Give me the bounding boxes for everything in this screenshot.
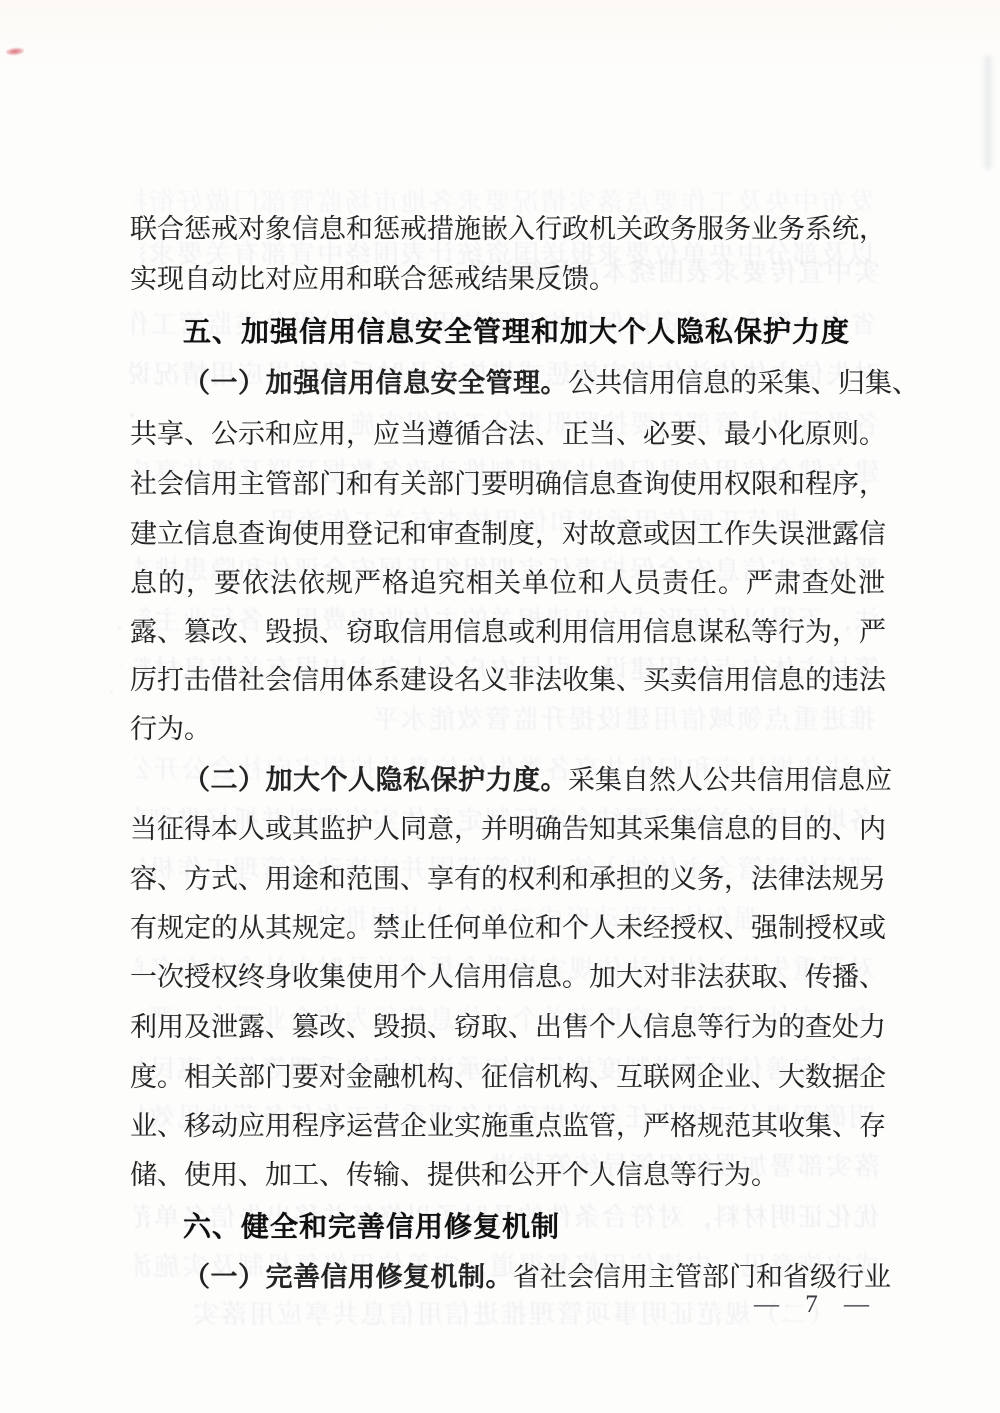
- char: ，: [832, 615, 859, 651]
- section-heading: 六、健全和完善信用修复机制: [183, 1210, 560, 1246]
- char: 关: [400, 467, 427, 503]
- char: 次: [157, 960, 184, 996]
- char: 、: [265, 1010, 292, 1046]
- char: 对: [562, 517, 589, 553]
- text-line: 利用及泄露、篡改、毁损、窃取、出售个人信息等行为的查处力: [130, 1010, 885, 1046]
- char: 权: [724, 467, 751, 503]
- char: 程: [805, 467, 832, 503]
- char: 和: [319, 862, 346, 898]
- char: 权: [697, 911, 724, 947]
- char: 窃: [346, 615, 373, 651]
- char: 一: [130, 960, 157, 996]
- char: 制: [458, 1260, 486, 1296]
- char: 。: [541, 763, 569, 799]
- char: 享: [427, 862, 454, 898]
- char: 篡: [292, 1010, 319, 1046]
- char: 点: [535, 1109, 562, 1145]
- char: 用: [265, 1109, 292, 1145]
- char: 的: [481, 862, 508, 898]
- char: 理: [513, 366, 541, 402]
- char: 或: [643, 517, 670, 553]
- char: 信: [676, 366, 703, 402]
- char: 社: [130, 467, 157, 503]
- char: 应: [238, 1109, 265, 1145]
- char: 定: [319, 911, 346, 947]
- char: 担: [616, 862, 643, 898]
- char: 合: [481, 417, 508, 453]
- char: 人: [373, 812, 400, 848]
- char: 当: [130, 812, 157, 848]
- char: 用: [427, 615, 454, 651]
- char: 律: [778, 862, 805, 898]
- char: 定: [184, 911, 211, 947]
- char: 门: [454, 467, 481, 503]
- char: 监: [319, 812, 346, 848]
- char: 政: [643, 212, 670, 248]
- char: 查: [454, 517, 481, 553]
- char: 对: [643, 960, 670, 996]
- char: 信: [757, 763, 784, 799]
- char: 信: [376, 366, 404, 402]
- char: 击: [184, 663, 211, 699]
- char: 法: [805, 862, 832, 898]
- char: 息: [670, 1010, 697, 1046]
- char: 要: [670, 417, 697, 453]
- char: 因: [670, 517, 697, 553]
- char: 露: [130, 615, 157, 651]
- char: 征: [157, 812, 184, 848]
- text-line: 度。相关部门要对金融机构、征信机构、互联网企业、大数据企: [130, 1060, 885, 1096]
- char: 信: [454, 615, 481, 651]
- char: 保: [431, 763, 459, 799]
- char: 式: [211, 862, 238, 898]
- char: 限: [751, 467, 778, 503]
- char: 集: [589, 663, 616, 699]
- char: 用: [319, 517, 346, 553]
- char: 处: [832, 1010, 859, 1046]
- char: 息: [589, 467, 616, 503]
- char: ，: [859, 467, 886, 503]
- char: 当: [400, 417, 427, 453]
- char: 制: [778, 911, 805, 947]
- char: ，: [454, 812, 481, 848]
- char: 息: [403, 366, 431, 402]
- char: 取: [751, 960, 778, 996]
- char: 关: [211, 1060, 238, 1096]
- char: 遵: [427, 417, 454, 453]
- char: 承: [589, 862, 616, 898]
- char: 集: [595, 763, 622, 799]
- char: 单: [522, 566, 549, 602]
- char: 止: [400, 911, 427, 947]
- char: 使: [346, 960, 373, 996]
- char: 必: [643, 417, 670, 453]
- char: 息: [838, 763, 865, 799]
- char: 息: [319, 212, 346, 248]
- char: ，: [186, 566, 213, 602]
- char: 非: [508, 663, 535, 699]
- text-line: 厉打击借社会信用体系建设名义非法收集、买卖信用信息的违法: [130, 663, 885, 699]
- char: 明: [508, 812, 535, 848]
- char: 用: [373, 960, 400, 996]
- char: 经: [643, 911, 670, 947]
- char: 借: [211, 663, 238, 699]
- char: 确: [535, 467, 562, 503]
- char: 、: [238, 862, 265, 898]
- char: 出: [535, 1010, 562, 1046]
- char: 采: [643, 812, 670, 848]
- char: 和: [400, 517, 427, 553]
- char: 其: [292, 812, 319, 848]
- char: 用: [265, 862, 292, 898]
- text-line: 息的，要依法依规严格追究相关单位和人员责任。严肃查处泄: [130, 566, 885, 602]
- char: 权: [832, 911, 859, 947]
- char: 息: [703, 366, 730, 402]
- char: 行: [724, 1010, 751, 1046]
- char: 泄: [211, 1010, 238, 1046]
- char: 融: [373, 1060, 400, 1096]
- char: 惩: [184, 212, 211, 248]
- char: 管: [486, 366, 514, 402]
- char: 及: [184, 1010, 211, 1046]
- document-page: 发布中央及工作要点落实情况要求各地市场监管部门做好衔接以及部分中央单位要求报送国…: [0, 0, 1000, 1413]
- char: 的: [158, 566, 185, 602]
- char: 联: [130, 212, 157, 248]
- char: 其: [616, 812, 643, 848]
- char: 业: [130, 1109, 157, 1145]
- char: 信: [751, 663, 778, 699]
- char: 力: [859, 1010, 886, 1046]
- char: 运: [346, 1109, 373, 1145]
- char: 规: [697, 1109, 724, 1145]
- char: 相: [466, 566, 493, 602]
- char: 加: [589, 960, 616, 996]
- char: 非: [670, 960, 697, 996]
- char: 知: [589, 812, 616, 848]
- char: 用: [211, 467, 238, 503]
- char: 人: [606, 566, 633, 602]
- char: 意: [616, 517, 643, 553]
- char: 围: [373, 862, 400, 898]
- text-line: 一次授权终身收集使用个人信用信息。加大对非法获取、传播、: [130, 960, 885, 996]
- char: 和: [778, 467, 805, 503]
- char: 收: [292, 960, 319, 996]
- char: 嵌: [481, 212, 508, 248]
- char: 损: [400, 1010, 427, 1046]
- char: 用: [621, 1260, 648, 1296]
- char: 使: [670, 467, 697, 503]
- char: 加: [266, 366, 294, 402]
- char: 公: [703, 763, 730, 799]
- char: 业: [724, 1060, 751, 1096]
- char: 信: [622, 366, 649, 402]
- char: 售: [562, 1010, 589, 1046]
- char: 机: [400, 1060, 427, 1096]
- char: 工: [697, 517, 724, 553]
- char: 大: [616, 960, 643, 996]
- char: 化: [778, 417, 805, 453]
- char: 的: [211, 911, 238, 947]
- char: 用: [319, 417, 346, 453]
- scan-speck: [130, 413, 134, 417]
- char: （: [183, 1260, 211, 1296]
- char: 要: [292, 1060, 319, 1096]
- char: 隐: [376, 763, 404, 799]
- char: 利: [130, 1010, 157, 1046]
- char: 机: [589, 212, 616, 248]
- char: 、: [697, 417, 724, 453]
- char: 收: [778, 1109, 805, 1145]
- char: 网: [670, 1060, 697, 1096]
- char: 一: [211, 366, 239, 402]
- char: 、: [346, 1010, 373, 1046]
- char: 并: [481, 812, 508, 848]
- char: 数: [805, 1060, 832, 1096]
- char: 互: [616, 1060, 643, 1096]
- char: 管: [265, 467, 292, 503]
- char: 采: [568, 763, 595, 799]
- char: 或: [265, 812, 292, 848]
- char: 违: [832, 663, 859, 699]
- char: 部: [427, 467, 454, 503]
- char: 人: [427, 960, 454, 996]
- char: 护: [346, 812, 373, 848]
- char: 信: [589, 615, 616, 651]
- char: 严: [643, 1109, 670, 1145]
- char: 信: [643, 1010, 670, 1046]
- char: 责: [662, 566, 689, 602]
- text-line: 业、移动应用程序运营企业实施重点监管，严格规范其收集、存: [130, 1109, 885, 1145]
- scan-speck: [110, 690, 113, 693]
- char: 的: [730, 366, 757, 402]
- char: 窃: [454, 1010, 481, 1046]
- text-line: 联合惩戒对象信息和惩戒措施嵌入行政机关政务服务业务系统，: [130, 212, 885, 248]
- char: 动: [211, 1109, 238, 1145]
- char: 息: [670, 615, 697, 651]
- char: 毁: [265, 615, 292, 651]
- char: 、: [157, 615, 184, 651]
- text-line: 当征得本人或其监护人同意，并明确告知其采集信息的目的、内: [130, 812, 885, 848]
- char: 复: [403, 1260, 431, 1296]
- char: 单: [481, 911, 508, 947]
- char: 信: [508, 960, 535, 996]
- char: 、: [157, 862, 184, 898]
- char: 程: [292, 1109, 319, 1145]
- char: 、: [508, 1010, 535, 1046]
- char: 人: [676, 763, 703, 799]
- char: 用: [481, 960, 508, 996]
- char: 象: [265, 212, 292, 248]
- char: 善: [293, 1260, 321, 1296]
- char: 然: [649, 763, 676, 799]
- char: 处: [830, 566, 857, 602]
- char: 何: [454, 911, 481, 947]
- char: 完: [266, 1260, 294, 1296]
- char: 利: [535, 615, 562, 651]
- char: 究: [438, 566, 465, 602]
- char: 对: [238, 212, 265, 248]
- char: 共: [130, 417, 157, 453]
- char: 对: [319, 1060, 346, 1096]
- char: 失: [751, 517, 778, 553]
- text-line: （一）加强信用信息安全管理。公共信用信息的采集、归集、: [183, 366, 885, 402]
- char: 度: [513, 763, 541, 799]
- char: 修: [376, 1260, 404, 1296]
- char: 故: [589, 517, 616, 553]
- char: 集: [805, 1109, 832, 1145]
- char: 。: [486, 1260, 514, 1296]
- char: 和: [562, 862, 589, 898]
- char: 机: [431, 1260, 459, 1296]
- char: 信: [184, 467, 211, 503]
- char: 肃: [774, 566, 801, 602]
- char: 法: [535, 663, 562, 699]
- page-number: — 7 —: [754, 1291, 874, 1319]
- char: 息: [535, 960, 562, 996]
- char: 传: [805, 960, 832, 996]
- char: 和: [265, 417, 292, 453]
- char: 循: [454, 417, 481, 453]
- char: 用: [724, 663, 751, 699]
- char: 会: [157, 467, 184, 503]
- char: 露: [832, 517, 859, 553]
- char: 容: [130, 862, 157, 898]
- char: 严: [354, 566, 381, 602]
- char: 信: [292, 212, 319, 248]
- char: 另: [859, 862, 886, 898]
- char: 信: [643, 615, 670, 651]
- char: 。: [541, 366, 569, 402]
- char: 用: [697, 467, 724, 503]
- char: ）: [238, 1260, 266, 1296]
- char: 门: [319, 467, 346, 503]
- char: 共: [595, 366, 622, 402]
- char: 关: [616, 212, 643, 248]
- char: 、: [724, 911, 751, 947]
- char: 要: [214, 566, 241, 602]
- char: 、: [427, 1010, 454, 1046]
- char: 信: [292, 663, 319, 699]
- char: 买: [643, 663, 670, 699]
- char: 公: [568, 366, 595, 402]
- char: 授: [805, 911, 832, 947]
- char: 建: [400, 663, 427, 699]
- text-line: 露、篡改、毁损、窃取信用信息或利用信用信息谋私等行为，严: [130, 615, 885, 651]
- char: 权: [211, 960, 238, 996]
- char: 禁: [373, 911, 400, 947]
- text-line: 社会信用主管部门和有关部门要明确信息查询使用权限和程序，: [130, 467, 885, 503]
- char: 用: [649, 366, 676, 402]
- char: 的: [805, 663, 832, 699]
- char: 格: [382, 566, 409, 602]
- char: 义: [481, 663, 508, 699]
- char: 个: [589, 1010, 616, 1046]
- char: 登: [346, 517, 373, 553]
- char: 规: [832, 862, 859, 898]
- char: 制: [481, 517, 508, 553]
- char: 。: [718, 566, 745, 602]
- scan-speck: [295, 333, 298, 336]
- char: 企: [400, 1109, 427, 1145]
- char: 主: [648, 1260, 675, 1296]
- text-line: （二）加大个人隐私保护力度。采集自然人公共信用信息应: [183, 763, 885, 799]
- char: 企: [859, 1060, 886, 1096]
- char: 合: [157, 212, 184, 248]
- char: 、: [157, 1109, 184, 1145]
- char: 。: [859, 417, 886, 453]
- char: 息: [211, 517, 238, 553]
- char: 信: [508, 1060, 535, 1096]
- char: 公: [211, 417, 238, 453]
- char: 和: [578, 566, 605, 602]
- char: 信: [697, 812, 724, 848]
- char: 息: [724, 812, 751, 848]
- line-text: 行为。: [130, 714, 211, 744]
- char: 行: [535, 212, 562, 248]
- char: 义: [670, 862, 697, 898]
- char: 、: [832, 812, 859, 848]
- char: 误: [778, 517, 805, 553]
- char: 全: [458, 366, 486, 402]
- char: 。: [346, 911, 373, 947]
- char: 管: [589, 1109, 616, 1145]
- char: 询: [643, 467, 670, 503]
- char: 人: [348, 763, 376, 799]
- char: 用: [348, 366, 376, 402]
- char: 、: [184, 417, 211, 453]
- char: 法: [270, 566, 297, 602]
- char: 改: [319, 1010, 346, 1046]
- char: 业: [427, 1109, 454, 1145]
- char: 授: [184, 960, 211, 996]
- char: 社: [238, 663, 265, 699]
- char: 、: [616, 417, 643, 453]
- char: 内: [859, 812, 886, 848]
- char: ）: [238, 366, 266, 402]
- char: 等: [697, 1010, 724, 1046]
- char: 强: [751, 911, 778, 947]
- char: 的: [643, 862, 670, 898]
- char: 有: [454, 862, 481, 898]
- char: 实: [454, 1109, 481, 1145]
- char: 严: [746, 566, 773, 602]
- char: ，: [535, 517, 562, 553]
- char: 信: [811, 763, 838, 799]
- char: 位: [550, 566, 577, 602]
- char: 规: [157, 911, 184, 947]
- char: 信: [562, 467, 589, 503]
- char: 改: [211, 615, 238, 651]
- char: 、: [778, 960, 805, 996]
- char: 监: [562, 1109, 589, 1145]
- char: 任: [427, 911, 454, 947]
- char: 集: [784, 366, 811, 402]
- char: 确: [535, 812, 562, 848]
- char: 人: [238, 812, 265, 848]
- char: 同: [400, 812, 427, 848]
- char: 范: [346, 862, 373, 898]
- char: 入: [508, 212, 535, 248]
- char: 业: [751, 212, 778, 248]
- char: 管: [675, 1260, 702, 1296]
- char: 用: [616, 615, 643, 651]
- char: 、: [535, 417, 562, 453]
- char: 则: [832, 417, 859, 453]
- char: 和: [346, 467, 373, 503]
- char: 应: [292, 417, 319, 453]
- scan-speck: [255, 340, 259, 344]
- char: 系: [805, 212, 832, 248]
